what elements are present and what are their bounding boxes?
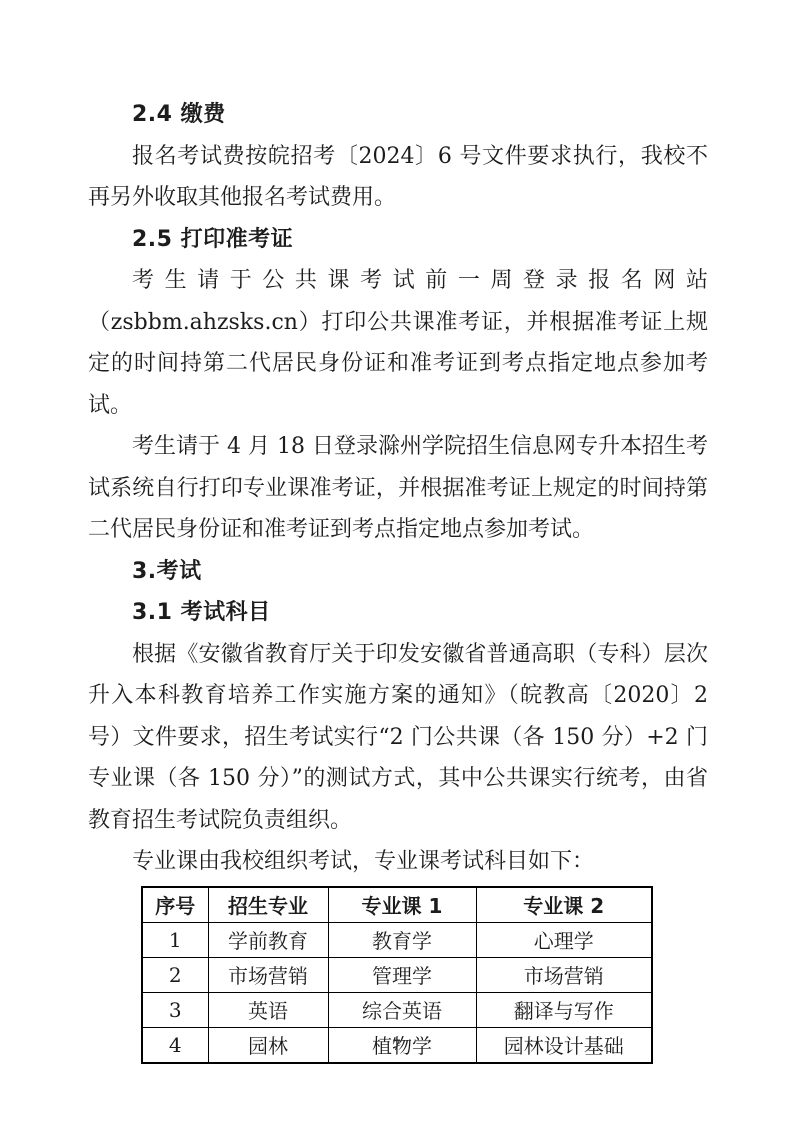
- cell-course2: 心理学: [476, 922, 652, 957]
- col-header-course2: 专业课 2: [476, 887, 652, 923]
- document-page: 2.4 缴费 报名考试费按皖招考〔2024〕6 号文件要求执行，我校不再另外收取…: [0, 0, 793, 1122]
- para-payment: 报名考试费按皖招考〔2024〕6 号文件要求执行，我校不再另外收取其他报名考试费…: [88, 136, 708, 219]
- cell-major: 学前教育: [208, 922, 328, 957]
- table-row: 2 市场营销 管理学 市场营销: [142, 957, 652, 992]
- cell-index: 1: [142, 922, 208, 957]
- cell-index: 3: [142, 992, 208, 1027]
- heading-payment: 2.4 缴费: [88, 94, 708, 136]
- cell-course2: 市场营销: [476, 957, 652, 992]
- col-header-course1: 专业课 1: [328, 887, 476, 923]
- table-header-row: 序号 招生专业 专业课 1 专业课 2: [142, 887, 652, 923]
- table-row: 3 英语 综合英语 翻译与写作: [142, 992, 652, 1027]
- document-content: 2.4 缴费 报名考试费按皖招考〔2024〕6 号文件要求执行，我校不再另外收取…: [88, 94, 708, 1064]
- heading-print-admission-ticket: 2.5 打印准考证: [88, 219, 708, 261]
- col-header-major: 招生专业: [208, 887, 328, 923]
- cell-course1: 管理学: [328, 957, 476, 992]
- para-print-public-course-ticket: 考生请于公共课考试前一周登录报名网站（zsbbm.ahzsks.cn）打印公共课…: [88, 260, 708, 426]
- para-print-professional-course-ticket: 考生请于 4 月 18 日登录滁州学院招生信息网专升本招生考试系统自行打印专业课…: [88, 426, 708, 551]
- cell-course1: 教育学: [328, 922, 476, 957]
- heading-exam: 3.考试: [88, 551, 708, 593]
- exam-subjects-table: 序号 招生专业 专业课 1 专业课 2 1 学前教育 教育学 心理学 2 市场营…: [141, 886, 653, 1064]
- para-professional-course-intro: 专业课由我校组织考试，专业课考试科目如下：: [88, 841, 708, 883]
- col-header-index: 序号: [142, 887, 208, 923]
- cell-course2: 翻译与写作: [476, 992, 652, 1027]
- heading-exam-subjects: 3.1 考试科目: [88, 592, 708, 634]
- cell-index: 2: [142, 957, 208, 992]
- page-number: 7: [0, 1038, 793, 1054]
- cell-major: 英语: [208, 992, 328, 1027]
- para-exam-scheme: 根据《安徽省教育厅关于印发安徽省普通高职（专科）层次升入本科教育培养工作实施方案…: [88, 634, 708, 842]
- cell-course1: 综合英语: [328, 992, 476, 1027]
- cell-major: 市场营销: [208, 957, 328, 992]
- table-row: 1 学前教育 教育学 心理学: [142, 922, 652, 957]
